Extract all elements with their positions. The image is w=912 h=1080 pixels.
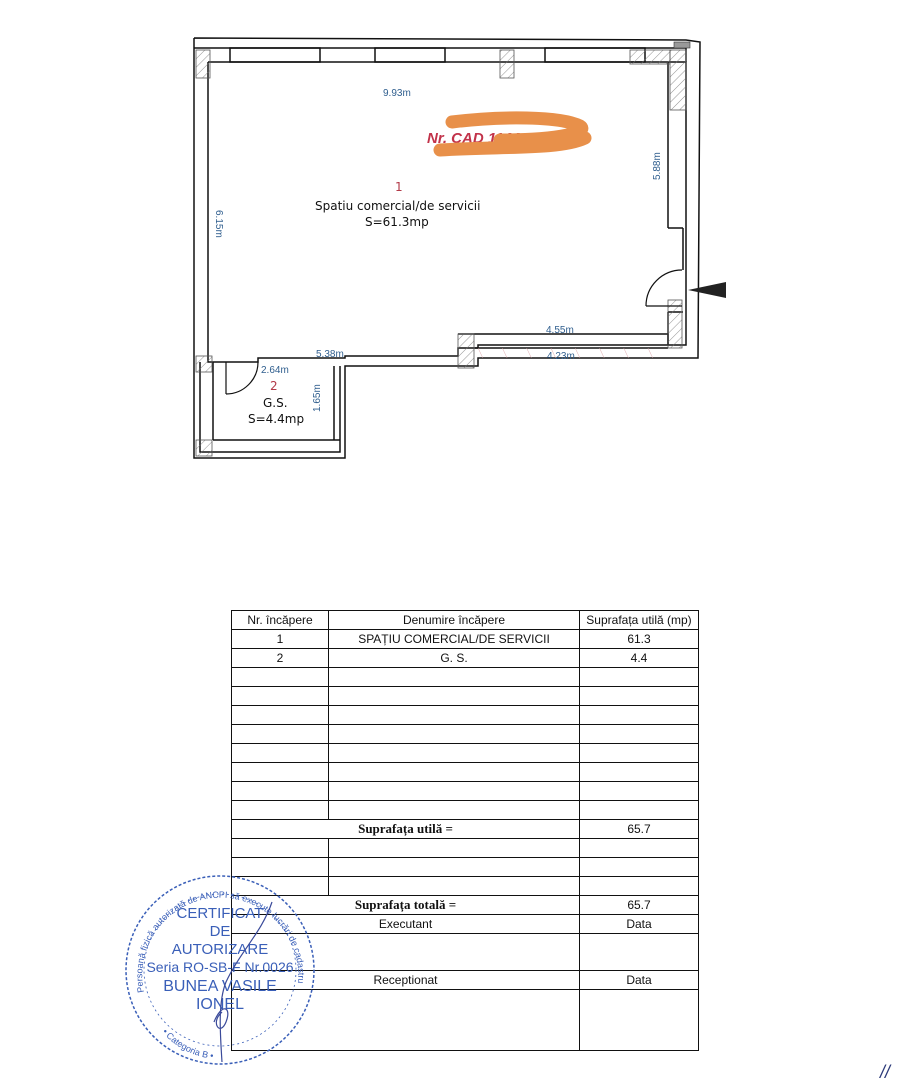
table-row: 1SPAȚIU COMERCIAL/DE SERVICII61.3 — [232, 630, 699, 649]
table-row — [232, 763, 699, 782]
cell-nr — [232, 706, 329, 725]
dim-right-height: 5.88m — [652, 152, 663, 180]
dim-bottom-mid: 5.38m — [316, 349, 344, 360]
total-area-value: 65.7 — [580, 896, 699, 915]
dim-gs-width: 2.64m — [261, 365, 289, 376]
cell-area — [580, 801, 699, 820]
cell-name: G. S. — [329, 649, 580, 668]
table-row — [232, 839, 699, 858]
dim-top-width: 9.93m — [383, 88, 411, 99]
header-nr: Nr. încăpere — [232, 611, 329, 630]
cell-name: SPAȚIU COMERCIAL/DE SERVICII — [329, 630, 580, 649]
table-row — [232, 782, 699, 801]
cell-area — [580, 858, 699, 877]
cell-name — [329, 668, 580, 687]
room-2-number: 2 — [270, 379, 278, 393]
stamp-line2: DE — [210, 923, 231, 940]
cell-name — [329, 725, 580, 744]
cell-nr: 2 — [232, 649, 329, 668]
cell-name — [329, 839, 580, 858]
rooms-table: Nr. încăpere Denumire încăpere Suprafața… — [231, 610, 699, 1051]
cell-name — [329, 877, 580, 896]
svg-text:• Categoria B •: • Categoria B • — [160, 1027, 214, 1061]
header-name: Denumire încăpere — [329, 611, 580, 630]
table-row — [232, 858, 699, 877]
executant-signature-cell — [232, 934, 580, 971]
table-row — [232, 801, 699, 820]
cell-nr — [232, 763, 329, 782]
table-row — [232, 668, 699, 687]
door-gs — [226, 362, 258, 394]
table-row — [232, 744, 699, 763]
useful-area-value: 65.7 — [580, 820, 699, 839]
cell-nr — [232, 668, 329, 687]
corner-mark: // — [880, 1062, 890, 1080]
cell-name — [329, 744, 580, 763]
cell-area — [580, 763, 699, 782]
cell-area — [580, 839, 699, 858]
entrance-arrow-icon — [688, 282, 726, 298]
executant-label: Executant — [232, 915, 580, 934]
table-row — [232, 706, 699, 725]
table-row — [232, 877, 699, 896]
cell-name — [329, 706, 580, 725]
cell-nr — [232, 858, 329, 877]
table-row — [232, 687, 699, 706]
executant-row: ExecutantData — [232, 915, 699, 934]
receptionat-date-cell — [580, 990, 699, 1051]
executant-date-cell — [580, 934, 699, 971]
receptionat-signature-row — [232, 990, 699, 1051]
total-area-row: Suprafața totală =65.7 — [232, 896, 699, 915]
cell-nr — [232, 744, 329, 763]
cell-area — [580, 744, 699, 763]
dim-left-height: 6.15m — [213, 210, 224, 238]
cell-name — [329, 782, 580, 801]
room-1-name: Spatiu comercial/de servicii — [315, 199, 480, 213]
cell-area — [580, 877, 699, 896]
cell-nr — [232, 687, 329, 706]
stamp-category-text: • Categoria B • — [160, 1027, 214, 1061]
cell-name — [329, 687, 580, 706]
cell-nr — [232, 801, 329, 820]
total-area-label: Suprafața totală = — [232, 896, 580, 915]
cell-nr — [232, 839, 329, 858]
executant-date-label: Data — [580, 915, 699, 934]
cell-area — [580, 668, 699, 687]
table-header-row: Nr. încăpere Denumire încăpere Suprafața… — [232, 611, 699, 630]
cell-name — [329, 858, 580, 877]
corner-column — [674, 42, 690, 48]
room-2-area: S=4.4mp — [248, 412, 304, 426]
header-area: Suprafața utilă (mp) — [580, 611, 699, 630]
dim-gs-height: 1.65m — [312, 384, 323, 412]
cell-name — [329, 801, 580, 820]
receptionat-label: Receptionat — [232, 971, 580, 990]
cell-area — [580, 782, 699, 801]
cell-area: 4.4 — [580, 649, 699, 668]
room-1-area: S=61.3mp — [365, 215, 429, 229]
room-1-number: 1 — [395, 180, 403, 194]
cell-area — [580, 706, 699, 725]
cell-nr: 1 — [232, 630, 329, 649]
cell-area — [580, 725, 699, 744]
receptionat-signature-cell — [232, 990, 580, 1051]
cell-name — [329, 763, 580, 782]
cell-area: 61.3 — [580, 630, 699, 649]
cell-nr — [232, 782, 329, 801]
dim-bottom-right: 4.55m — [546, 325, 574, 336]
dim-bottom-right-inner: 4.23m — [547, 351, 575, 362]
useful-area-row: Suprafața utilă =65.7 — [232, 820, 699, 839]
cell-nr — [232, 725, 329, 744]
receptionat-row: ReceptionatData — [232, 971, 699, 990]
receptionat-date-label: Data — [580, 971, 699, 990]
room-2-name: G.S. — [263, 396, 288, 410]
outer-walls — [194, 38, 700, 458]
useful-area-label: Suprafața utilă = — [232, 820, 580, 839]
table-row — [232, 725, 699, 744]
floor-plan: 9.93m 6.15m 5.88m 4.55m 4.23m 5.38m 2.64… — [0, 0, 912, 480]
cell-nr — [232, 877, 329, 896]
table-row: 2G. S.4.4 — [232, 649, 699, 668]
cell-area — [580, 687, 699, 706]
executant-signature-row — [232, 934, 699, 971]
